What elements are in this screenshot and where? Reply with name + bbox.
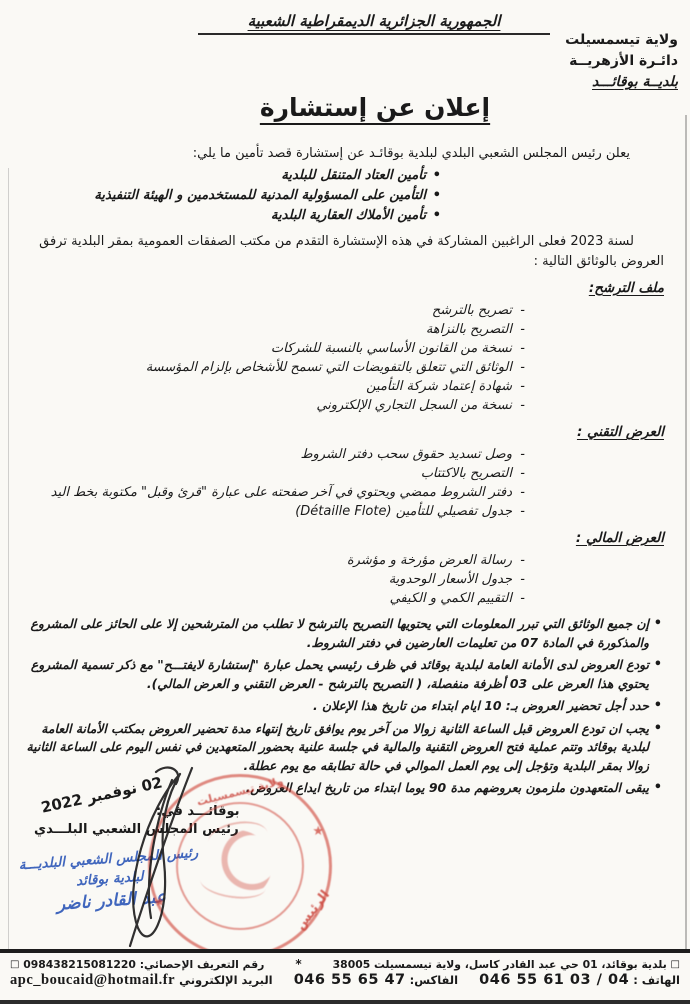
list-item: رسالة العرض مؤرخة و مؤشرة [20,551,512,570]
phone-label: الهاتف : [633,973,680,987]
list-item: التأمين على المسؤولية المدنية للمستخدمين… [20,186,426,206]
scanned-document-page: الجمهورية الجزائرية الديمقراطية الشعبية … [0,0,690,1004]
email-value: apc_boucaid@hotmail.fr [10,972,175,989]
email-cell: البريد الإلكتروني apc_boucaid@hotmail.fr [10,972,273,989]
square-icon: □ [671,959,680,970]
list-item: جدول تفصيلي للتأمين (Détaille Flote) [20,502,512,521]
star-icon: ★ [312,824,324,839]
nif-value: 098438215081220 [23,958,136,971]
list-item: تأمين الأملاك العقارية البلدية [20,206,426,226]
list-item: تأمين العتاد المتنقل للبلدية [20,166,426,186]
fax-label: الفاكس: [410,973,458,987]
insurance-items-list: تأمين العتاد المتنقل للبلدية التأمين على… [20,166,664,226]
wilaya-line: ولاية تيسمسيلت [565,30,678,51]
document-body: يعلن رئيس المجلس الشعبي البلدي لبلدية بو… [20,144,664,802]
participation-paragraph: لسنة 2023 فعلى الراغبين المشاركة في هذه … [20,232,664,271]
section-heading-candidacy-file: ملف الترشح: [589,279,664,298]
list-item: دفتر الشروط ممضي ويحتوي في آخر صفحته على… [20,483,512,502]
footer-separator: * [295,957,301,971]
list-item: الوثائق التي تتعلق بالتفويضات التي تسمح … [20,358,512,377]
page-title: إعلان عن إستشارة [0,86,690,124]
phone-cell: الهاتف : 046 55 61 03 / 04 [479,972,680,988]
intro-paragraph: يعلن رئيس المجلس الشعبي البلدي لبلدية بو… [20,144,664,163]
statistical-id-cell: رقم التعريف الإحصائي: 098438215081220 □ [10,958,264,971]
daira-line: دائـرة الأزهريــة [565,51,678,72]
section-heading-technical-offer: العرض التقني : [577,423,664,442]
fax-cell: الفاكس: 046 55 65 47 [294,972,458,988]
technical-offer-list: وصل تسديد حقوق سحب دفتر الشروط التصريح ب… [20,445,664,521]
section-heading-financial-offer: العرض المالي : [576,529,664,548]
address-text: بلدية بوقائد، 01 حي عبد القادر كاسل، ولا… [333,958,667,971]
list-item: وصل تسديد حقوق سحب دفتر الشروط [20,445,512,464]
list-item: تصريح بالترشح [20,301,512,320]
handwritten-signature [96,766,216,954]
document-footer: □ بلدية بوقائد، 01 حي عبد القادر كاسل، و… [0,949,690,1004]
note-item: حدد أجل تحضير العروض بـ: 10 ايام ابتداء … [20,697,649,716]
square-icon: □ [10,959,19,970]
list-item: جدول الأسعار الوحدوية [20,570,512,589]
list-item: شهادة إعتماد شركة التأمين [20,377,512,396]
list-item: نسخة من القانون الأساسي بالنسبة للشركات [20,339,512,358]
phone-value: 046 55 61 03 / 04 [479,972,629,988]
list-item: التصريح بالاكتتاب [20,464,512,483]
note-item: إن جميع الوثائق التي تبرر المعلومات التي… [20,615,649,652]
nif-label: رقم التعريف الإحصائي: [140,958,265,971]
footer-line-1: □ بلدية بوقائد، 01 حي عبد القادر كاسل، و… [10,957,680,971]
list-item: التقييم الكمي و الكيفي [20,589,512,608]
list-item: التصريح بالنزاهة [20,320,512,339]
signature-area: 02 نوفمبر 2022 بوقائـــد في: رئيس المجلس… [0,782,690,954]
address-cell: □ بلدية بوقائد، 01 حي عبد القادر كاسل، و… [333,958,680,971]
list-item: نسخة من السجل التجاري الإلكتروني [20,396,512,415]
note-item: تودع العروض لدى الأمانة العامة لبلدية بو… [20,656,649,693]
financial-offer-list: رسالة العرض مؤرخة و مؤشرة جدول الأسعار ا… [20,551,664,608]
fax-value: 046 55 65 47 [294,972,406,988]
republic-title: الجمهورية الجزائرية الديمقراطية الشعبية [198,12,550,35]
email-label: البريد الإلكتروني [179,973,273,987]
footer-line-2: الهاتف : 046 55 61 03 / 04 الفاكس: 046 5… [10,972,680,989]
candidacy-file-list: تصريح بالترشح التصريح بالنزاهة نسخة من ا… [20,301,664,415]
administration-block: ولاية تيسمسيلت دائـرة الأزهريــة بلديــة… [565,30,678,93]
